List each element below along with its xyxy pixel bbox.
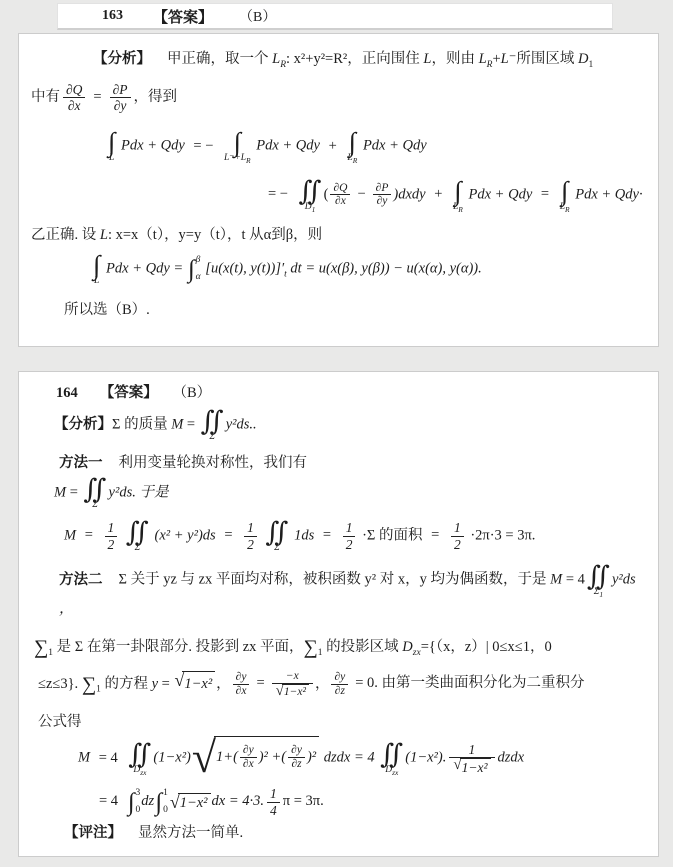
answer-bar-163: 163 【答案】 （B） <box>57 3 613 30</box>
equation-green-theorem: = − ∬D1(∂Q∂x−∂P∂y)dxdy + ∫LR Pdx + Qdy =… <box>31 178 646 213</box>
equals: = <box>66 485 81 501</box>
analysis-line: 【分析】Σ 的质量 M = ∬Σy²ds.. <box>31 408 646 443</box>
upper-limit: 3 <box>136 789 141 799</box>
fraction: ∂Q∂x <box>330 182 350 209</box>
subscript: zx <box>413 648 421 658</box>
integral-symbol: ∫ <box>224 129 251 156</box>
analysis-line-2: 中有∂Q∂x=∂P∂y，得到 <box>31 82 646 113</box>
numerator: ∂P <box>110 82 131 97</box>
math-expr: dt = u(x(β), y(β)) − u(x(α), y(α)). <box>290 261 481 277</box>
operator: = − <box>193 138 213 154</box>
integral: ∫L <box>108 129 115 164</box>
remark-line: 【评注】显然方法一简单. <box>31 822 646 846</box>
math-expr: )dxdy <box>393 186 425 202</box>
integral-limit: LR <box>347 154 357 164</box>
surface-integral-equation: M = 4 ∬Dzx(1−x²)√1+(∂y∂x)² +(∂y∂z)² dzdx… <box>31 736 646 780</box>
double-integral: ∬Dzx <box>380 741 403 776</box>
text-run: ={（x，z）| 0≤x≤1，0 <box>421 639 552 655</box>
text-run: : x²+y²=R²，正向围住 <box>286 51 423 67</box>
math-expr: Pdx + Qdy <box>363 138 427 154</box>
math-expr: dz <box>141 793 154 809</box>
math-expr: π = 3π. <box>283 793 324 809</box>
double-integral: ∬D1 <box>299 178 322 213</box>
text-run: 中有 <box>31 89 60 105</box>
fraction-half: 12 <box>451 520 464 551</box>
answer-value: （B） <box>180 385 211 401</box>
fraction: −x√1−x² <box>272 670 313 699</box>
sigma-symbol: ∑ <box>34 636 48 658</box>
double-integral: ∬Σ <box>126 519 149 554</box>
equation-parametric: ∫L Pdx + Qdy = ∫βα [u(x(t), y(t))]′t dt … <box>31 252 646 287</box>
method-1-heading: 方法一利用变量轮换对称性，我们有 <box>31 452 646 476</box>
text-run: = 4 <box>562 572 585 588</box>
math-var: D <box>402 639 412 655</box>
answer-line-164: 164【答案】（B） <box>31 382 646 406</box>
document-page: 163 【答案】 （B） 【分析】甲正确，取一个 LR: x²+y²=R²，正向… <box>0 0 673 867</box>
equals: = <box>183 417 198 433</box>
numerator: ∂Q <box>63 82 85 97</box>
text-run: ， <box>315 675 330 691</box>
analysis-label: 【分析】 <box>93 51 151 67</box>
math-var: M <box>171 417 183 433</box>
solution-box-164: 164【答案】（B） 【分析】Σ 的质量 M = ∬Σy²ds.. 方法一利用变… <box>18 371 659 857</box>
math-expr: Pdx + Qdy <box>121 138 185 154</box>
math-expr: (1−x²) <box>153 750 190 766</box>
math-var: L <box>272 51 280 67</box>
operator: − <box>357 186 365 202</box>
integral: ∫LR <box>560 178 570 213</box>
text-run: Σ 关于 yz 与 zx 平面均对称，被积函数 y² 对 x，y 均为偶函数，于… <box>119 572 551 588</box>
math-var: M <box>550 572 562 588</box>
integral: ∫L⁻+LR <box>224 129 251 164</box>
analysis-line-1: 【分析】甲正确，取一个 LR: x²+y²=R²，正向围住 L，则由 LR+L⁻… <box>31 48 646 72</box>
sigma-symbol: ∑ <box>82 673 96 695</box>
answer-value: （B） <box>239 6 276 26</box>
math-expr: dx = 4·3. <box>212 793 264 809</box>
fraction: ∂P∂y <box>373 182 392 209</box>
math-var: L <box>501 51 509 67</box>
fraction: ∂y∂z <box>331 671 348 698</box>
text-run: ⁻所围区域 <box>509 51 578 67</box>
problem-number: 163 <box>102 8 123 24</box>
math-var: M <box>78 750 90 766</box>
upper-limit: β <box>196 256 201 266</box>
sigma-symbol: ∑ <box>304 636 318 658</box>
integral-bounds: ∫10 <box>155 789 168 816</box>
double-integral: ∬Σ1 <box>587 563 610 598</box>
double-integral: ∬Σ <box>266 519 289 554</box>
integral-symbol: ∬ <box>299 178 322 205</box>
math-expr: Pdx + Qdy = <box>106 261 183 277</box>
paren: ( <box>324 186 329 202</box>
subscript: 1 <box>589 60 594 70</box>
text-run: 的方程 <box>101 675 152 691</box>
text-run: ， <box>216 675 231 691</box>
equals: = <box>158 675 173 691</box>
subscript: t <box>284 270 287 280</box>
double-integral: ∬Σ <box>201 408 224 443</box>
math-expr: dzdx <box>498 750 525 766</box>
operator: = 4 <box>99 750 118 766</box>
formula-lead-line: 公式得 <box>31 711 646 735</box>
math-expr: ·2π·3 = 3π. <box>470 527 535 543</box>
math-expr: Pdx + Qdy <box>256 138 320 154</box>
equals: = <box>85 527 93 543</box>
fraction-half: 12 <box>105 520 118 551</box>
text-run: Σ 的质量 <box>112 417 171 433</box>
operator: + <box>434 186 442 202</box>
math-expr: (x² + y²)ds <box>155 527 216 543</box>
integral: ∫LR <box>347 129 357 164</box>
integral: ∫L <box>93 252 100 287</box>
text-run: 利用变量轮换对称性，我们有 <box>119 455 308 471</box>
fraction: 14 <box>267 786 280 817</box>
upper-limit: 1 <box>163 789 168 799</box>
equals: = <box>541 186 549 202</box>
answer-label: 【答案】 <box>100 385 158 401</box>
operator: + <box>329 138 337 154</box>
math-var: L <box>100 227 108 243</box>
operator: = 4 <box>99 793 118 809</box>
final-evaluation-equation: = 4 ∫30dz∫10√1−x²dx = 4·3.14π = 3π. <box>31 786 646 817</box>
solution-box-163: 【分析】甲正确，取一个 LR: x²+y²=R²，正向围住 L，则由 LR+L⁻… <box>18 33 659 347</box>
math-expr: (1−x²). <box>405 750 446 766</box>
text-run: ，得到 <box>134 89 178 105</box>
math-var: D <box>578 51 588 67</box>
sqrt: √1−x² <box>276 684 309 699</box>
sqrt: √1+(∂y∂x)² +(∂y∂z)² <box>192 736 319 780</box>
method-1-line: M = ∬Σy²ds. 于是 <box>31 476 646 511</box>
equals: = <box>323 527 331 543</box>
text-run: : x=x（t），y=y（t），t 从α到β，则 <box>108 227 322 243</box>
method-1-equation: M = 12 ∬Σ (x² + y²)ds = 12 ∬Σ 1ds = 12 ·… <box>31 519 646 554</box>
math-expr: 1ds <box>294 527 314 543</box>
answer-label: 【答案】 <box>153 6 213 27</box>
double-integral: ∬Σ <box>84 476 107 511</box>
paragraph-yi: 乙正确. 设 L: x=x（t），y=y（t），t 从α到β，则 <box>31 224 646 248</box>
remark-label: 【评注】 <box>64 825 122 841</box>
text-run: = 0. 由第一类曲面积分化为二重积分 <box>355 675 584 691</box>
method-1-label: 方法一 <box>59 455 103 471</box>
operator: = − <box>268 186 288 202</box>
lower-limit: 0 <box>163 806 168 816</box>
text-run: ≤z≤3}. <box>38 675 82 691</box>
math-expr: dzdx = 4 <box>324 750 375 766</box>
lower-limit: α <box>196 273 201 283</box>
text-run: 甲正确，取一个 <box>167 51 272 67</box>
integral-limit: L⁻+LR <box>224 154 251 164</box>
problem-number: 164 <box>56 385 78 401</box>
text-run: 乙正确. 设 <box>31 227 100 243</box>
fraction-half: 12 <box>244 520 257 551</box>
integral-limit: L <box>108 154 115 164</box>
analysis-label: 【分析】 <box>54 417 112 433</box>
denominator: ∂y <box>110 97 131 113</box>
text-run: 的投影区域 <box>323 639 403 655</box>
integral-bounds: ∫30 <box>128 789 141 816</box>
equals: = <box>256 675 264 691</box>
equals: = <box>93 89 101 105</box>
fraction: ∂y∂x <box>240 744 257 771</box>
math-expr: [u(x(t), y(t))]′ <box>205 261 284 277</box>
text-run: ·Σ 的面积 <box>362 527 422 543</box>
integral: ∫LR <box>453 178 463 213</box>
equals: = <box>431 527 439 543</box>
fraction: 1√1−x² <box>449 742 494 776</box>
math-var: M <box>54 485 66 501</box>
denominator: ∂x <box>63 97 85 113</box>
sqrt: √1−x² <box>174 671 215 697</box>
text-run: + <box>492 51 500 67</box>
fraction: ∂Q∂x <box>63 82 85 113</box>
math-expr: y²ds. 于是 <box>109 485 169 501</box>
sqrt: √1−x² <box>453 758 490 775</box>
integral-symbol: ∫ <box>347 129 357 156</box>
surface-equation-paragraph: ≤z≤3}. ∑1 的方程 y = √1−x²，∂y∂x=−x√1−x²，∂y∂… <box>31 670 646 699</box>
math-expr: Pdx + Qdy· <box>575 186 642 202</box>
fraction: ∂P∂y <box>110 82 131 113</box>
equation-decomposition: ∫L Pdx + Qdy = − ∫L⁻+LR Pdx + Qdy + ∫LR … <box>31 129 646 164</box>
text-run: ，则由 <box>431 51 478 67</box>
fraction-half: 12 <box>343 520 356 551</box>
equals: = <box>224 527 232 543</box>
method-2-label: 方法二 <box>59 572 103 588</box>
method-2-paragraph: 方法二Σ 关于 yz 与 zx 平面均对称，被积函数 y² 对 x，y 均为偶函… <box>31 563 646 621</box>
math-expr: Pdx + Qdy <box>469 186 533 202</box>
sqrt: √1−x² <box>170 793 211 812</box>
fraction: ∂y∂x <box>233 671 250 698</box>
projection-paragraph: ∑1 是 Σ 在第一卦限部分. 投影到 zx 平面，∑1 的投影区域 Dzx={… <box>31 636 646 660</box>
math-expr: y²ds.. <box>226 417 257 433</box>
text-run: 显然方法一简单. <box>138 825 243 841</box>
integral-symbol: ∫ <box>108 129 115 156</box>
fraction: ∂y∂z <box>288 744 305 771</box>
math-var: L <box>479 51 487 67</box>
double-integral: ∬Dzx <box>128 741 151 776</box>
text-run: 是 Σ 在第一卦限部分. 投影到 zx 平面， <box>53 639 304 655</box>
integral-bounds: ∫βα <box>188 256 201 283</box>
lower-limit: 0 <box>136 806 141 816</box>
math-var: M <box>64 527 76 543</box>
conclusion-line: 所以选（B）. <box>31 299 646 323</box>
